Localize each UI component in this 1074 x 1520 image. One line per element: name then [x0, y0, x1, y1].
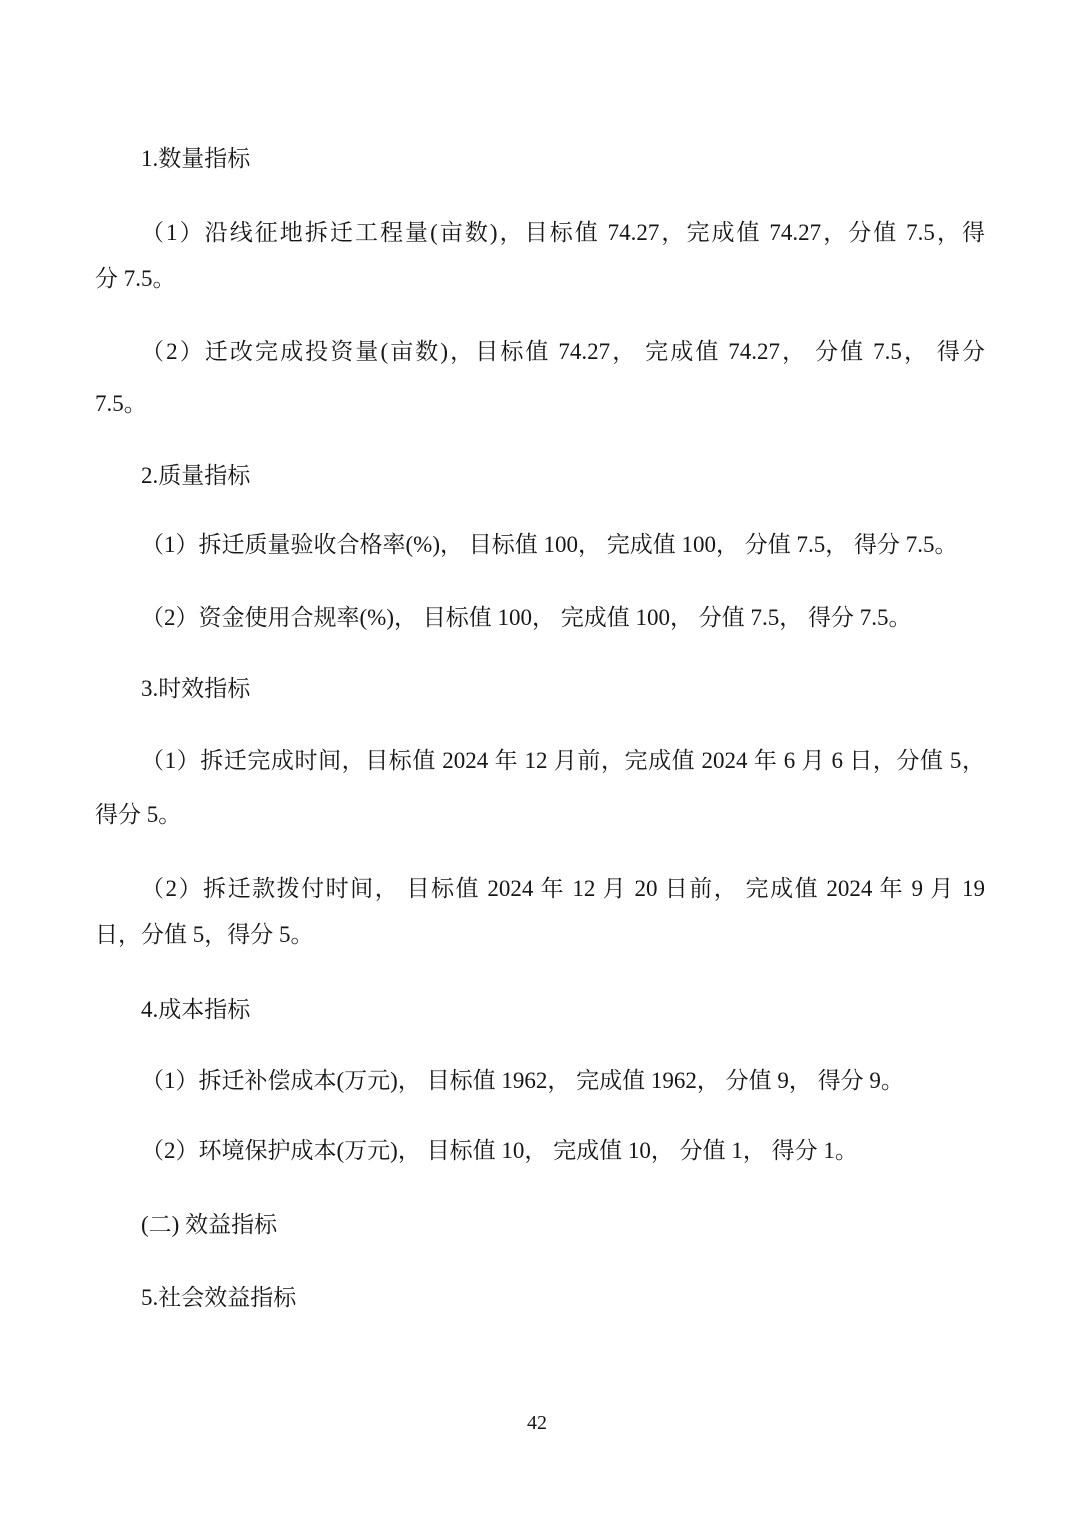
- text-line-indicator-item: 日，分值 5，得分 5。: [95, 921, 985, 949]
- page-number: 42: [0, 1412, 1074, 1435]
- text-line-indicator-item: 得分 5。: [95, 801, 985, 829]
- text-line-indicator-item: 分 7.5。: [95, 265, 985, 293]
- text-line-indicator-item: （2）资金使用合规率(%)， 目标值 100， 完成值 100， 分值 7.5，…: [141, 604, 985, 632]
- text-line-numbered-heading: 1.数量指标: [141, 145, 985, 173]
- text-line-indicator-item: 7.5。: [95, 390, 985, 418]
- text-line-section-heading: (二) 效益指标: [141, 1211, 985, 1239]
- text-line-indicator-item: （2）环境保护成本(万元)， 目标值 10， 完成值 10， 分值 1， 得分 …: [141, 1137, 985, 1165]
- text-line-indicator-item: （1）沿线征地拆迁工程量(亩数)，目标值 74.27，完成值 74.27，分值 …: [141, 219, 985, 247]
- text-line-numbered-heading: 4.成本指标: [141, 996, 985, 1024]
- text-line-indicator-item: （1）拆迁完成时间，目标值 2024 年 12 月前，完成值 2024 年 6 …: [141, 747, 985, 775]
- text-line-indicator-item: （2）迁改完成投资量(亩数)，目标值 74.27， 完成值 74.27， 分值 …: [141, 338, 985, 366]
- text-line-numbered-heading: 5.社会效益指标: [141, 1284, 985, 1312]
- text-line-indicator-item: （2）拆迁款拨付时间， 目标值 2024 年 12 月 20 日前， 完成值 2…: [141, 875, 985, 903]
- text-line-numbered-heading: 2.质量指标: [141, 462, 985, 490]
- text-line-indicator-item: （1）拆迁补偿成本(万元)， 目标值 1962， 完成值 1962， 分值 9，…: [141, 1067, 985, 1095]
- text-line-numbered-heading: 3.时效指标: [141, 675, 985, 703]
- document-page: 1.数量指标（1）沿线征地拆迁工程量(亩数)，目标值 74.27，完成值 74.…: [0, 0, 1074, 1520]
- text-line-indicator-item: （1）拆迁质量验收合格率(%)， 目标值 100， 完成值 100， 分值 7.…: [141, 531, 985, 559]
